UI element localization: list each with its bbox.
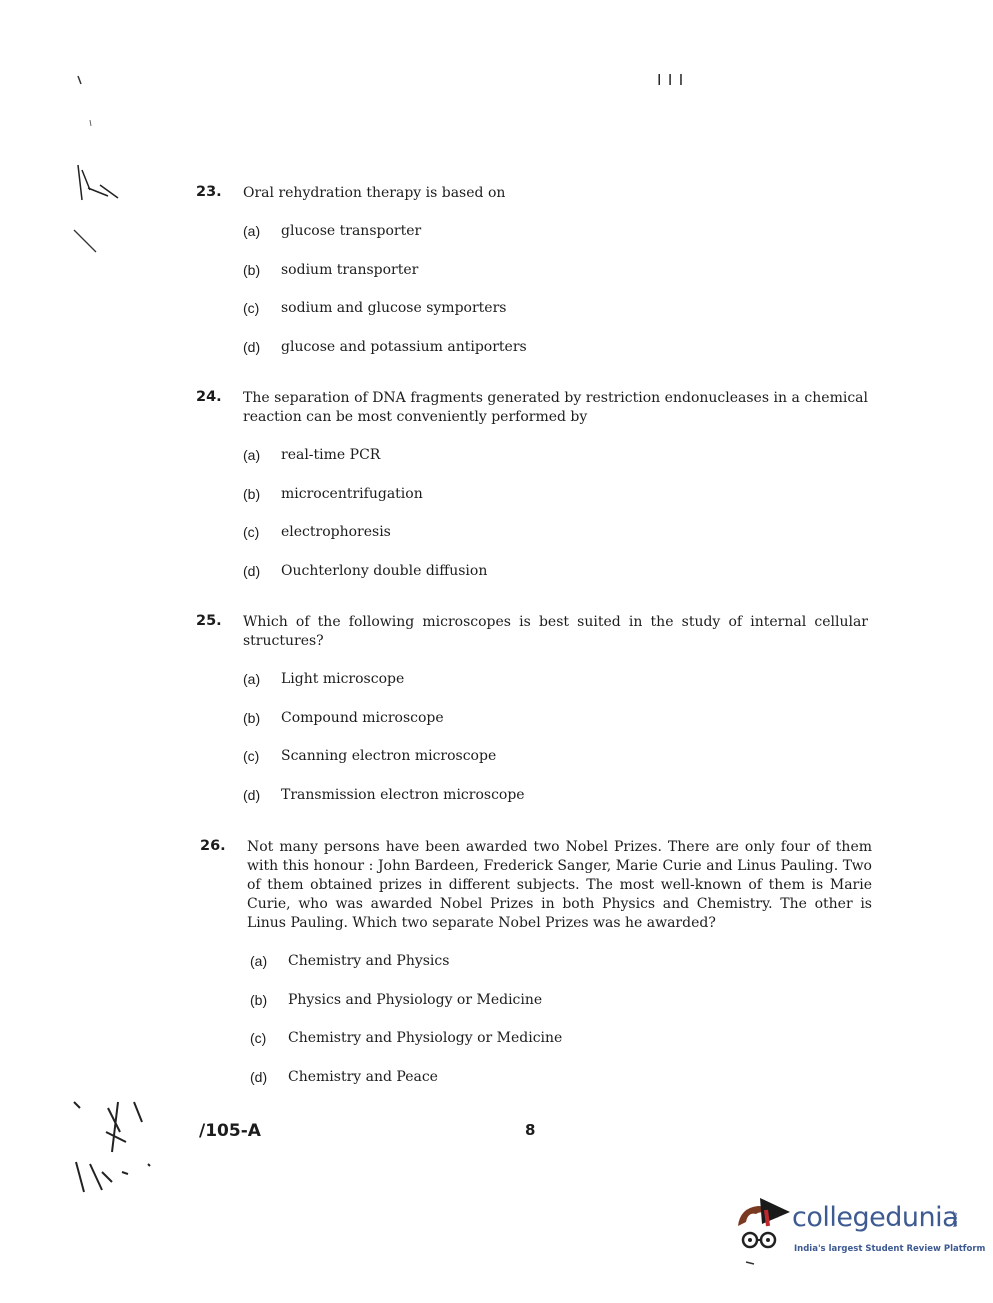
exam-page: I I I 23. Oral rehydration therapy is ba… [0,0,993,1303]
options-list: (a)Chemistry and Physics (b)Physics and … [250,953,872,1107]
brand-domain: .com [951,1210,959,1227]
option-b[interactable]: (b)Compound microscope [243,710,868,749]
question-24: 24. The separation of DNA fragments gene… [196,389,868,601]
option-label: (d) [243,563,281,579]
options-list: (a)real-time PCR (b)microcentrifugation … [243,447,868,601]
option-label: (a) [250,953,288,969]
option-a[interactable]: (a)Light microscope [243,671,868,710]
option-text: microcentrifugation [281,486,423,502]
option-text: Compound microscope [281,710,444,726]
scan-scribble-bottom-icon [62,1092,172,1202]
question-text: Not many persons have been awarded two N… [247,838,872,933]
option-d[interactable]: (d)Ouchterlony double diffusion [243,563,868,602]
option-c[interactable]: (c)Scanning electron microscope [243,748,868,787]
option-a[interactable]: (a)glucose transporter [243,223,868,262]
option-a[interactable]: (a)Chemistry and Physics [250,953,872,992]
option-a[interactable]: (a)real-time PCR [243,447,868,486]
option-text: sodium transporter [281,262,418,278]
question-number: 23. [196,184,222,200]
option-label: (d) [243,787,281,803]
option-label: (c) [243,300,281,316]
option-text: Transmission electron microscope [281,787,525,803]
option-label: (c) [243,748,281,764]
option-label: (a) [243,671,281,687]
question-25: 25. Which of the following microscopes i… [196,613,868,825]
option-c[interactable]: (c)sodium and glucose symporters [243,300,868,339]
option-label: (b) [250,992,288,1008]
option-label: (b) [243,710,281,726]
option-c[interactable]: (c)Chemistry and Physiology or Medicine [250,1030,872,1069]
option-label: (c) [243,524,281,540]
options-list: (a)glucose transporter (b)sodium transpo… [243,223,868,377]
collegedunia-logo[interactable]: collegedunia .com India's largest Studen… [732,1196,972,1268]
option-label: (b) [243,486,281,502]
option-text: Ouchterlony double diffusion [281,563,487,579]
option-d[interactable]: (d)Chemistry and Peace [250,1069,872,1108]
option-label: (d) [243,339,281,355]
option-text: Physics and Physiology or Medicine [288,992,542,1008]
option-text: Scanning electron microscope [281,748,496,764]
option-text: real-time PCR [281,447,380,463]
question-number: 25. [196,613,222,629]
paper-code: /105-A [199,1121,261,1141]
option-b[interactable]: (b)microcentrifugation [243,486,868,525]
option-label: (c) [250,1030,288,1046]
option-text: Chemistry and Physiology or Medicine [288,1030,562,1046]
option-text: Light microscope [281,671,404,687]
option-text: glucose and potassium antiporters [281,339,527,355]
option-b[interactable]: (b)Physics and Physiology or Medicine [250,992,872,1031]
options-list: (a)Light microscope (b)Compound microsco… [243,671,868,825]
option-c[interactable]: (c)electrophoresis [243,524,868,563]
question-text: The separation of DNA fragments generate… [243,389,868,427]
option-text: sodium and glucose symporters [281,300,506,316]
question-text: Which of the following microscopes is be… [243,613,868,651]
brand-name: collegedunia [792,1202,958,1233]
option-label: (a) [243,447,281,463]
option-text: glucose transporter [281,223,421,239]
question-text: Oral rehydration therapy is based on [243,184,868,203]
option-text: electrophoresis [281,524,391,540]
scan-scribble-icon [60,70,150,270]
page-number: 8 [525,1121,535,1139]
option-label: (d) [250,1069,288,1085]
option-b[interactable]: (b)sodium transporter [243,262,868,301]
option-d[interactable]: (d)Transmission electron microscope [243,787,868,826]
mascot-icon [732,1196,794,1268]
option-label: (a) [243,223,281,239]
question-23: 23. Oral rehydration therapy is based on… [196,184,868,377]
option-d[interactable]: (d)glucose and potassium antiporters [243,339,868,378]
question-number: 26. [200,838,226,854]
brand-tagline: India's largest Student Review Platform [794,1244,985,1254]
question-26: 26. Not many persons have been awarded t… [200,838,872,1107]
option-text: Chemistry and Peace [288,1069,438,1085]
option-label: (b) [243,262,281,278]
question-number: 24. [196,389,222,405]
page-header-marks: I I I [657,72,684,90]
option-text: Chemistry and Physics [288,953,449,969]
